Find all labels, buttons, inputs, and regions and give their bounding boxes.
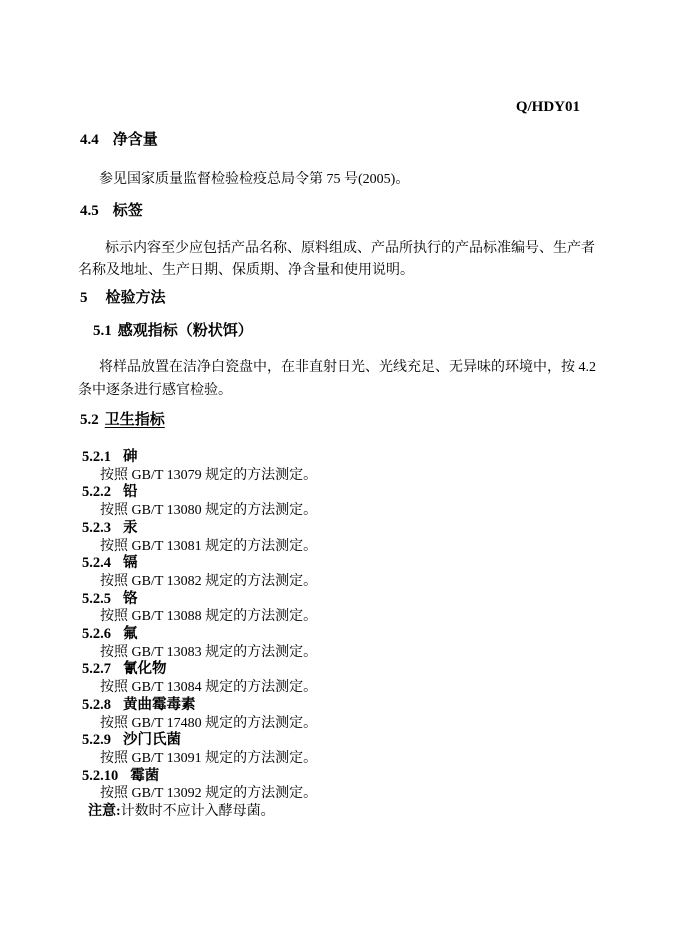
heading-4-5: 4.5标签	[80, 203, 674, 220]
heading-5-1: 5.1感观指标（粉状饵）	[93, 323, 674, 340]
method-heading: 5.2.3汞	[82, 520, 674, 538]
clause-number: 4.4	[80, 132, 99, 149]
clause-number: 5.2	[80, 412, 99, 429]
clause-title: 霉菌	[130, 768, 159, 784]
clause-number: 5.2.5	[82, 591, 111, 609]
method-heading: 5.2.8黄曲霉毒素	[82, 697, 674, 715]
clause-title: 砷	[123, 449, 138, 465]
clause-title: 氰化物	[123, 661, 167, 677]
clause-number: 4.5	[80, 203, 99, 220]
method-text: 按照 GB/T 13088 规定的方法测定。	[100, 608, 674, 626]
clause-number: 5.2.1	[82, 449, 111, 467]
method-heading: 5.2.9沙门氏菌	[82, 732, 674, 750]
heading-4-4: 4.4净含量	[80, 132, 674, 149]
heading-5: 5检验方法	[80, 290, 674, 307]
clause-number: 5.2.6	[82, 626, 111, 644]
method-text: 按照 GB/T 13092 规定的方法测定。	[100, 785, 674, 803]
method-heading: 5.2.4镉	[82, 555, 674, 573]
clause-title: 汞	[123, 520, 138, 536]
method-heading: 5.2.5铬	[82, 591, 674, 609]
method-heading: 5.2.2铅	[82, 484, 674, 502]
method-text: 按照 GB/T 13084 规定的方法测定。	[100, 679, 674, 697]
clause-title: 净含量	[113, 132, 158, 148]
method-text: 按照 GB/T 13080 规定的方法测定。	[100, 502, 674, 520]
clause-number: 5.2.8	[82, 697, 111, 715]
method-text: 按照 GB/T 13083 规定的方法测定。	[100, 644, 674, 662]
paragraph-4-4: 参见国家质量监督检验检疫总局令第 75 号(2005)。	[78, 168, 598, 191]
paragraph-4-5: 标示内容至少应包括产品名称、原料组成、产品所执行的产品标准编号、生产者名称及地址…	[78, 238, 598, 282]
clause-number: 5.2.10	[82, 768, 118, 786]
method-text: 按照 GB/T 17480 规定的方法测定。	[100, 715, 674, 733]
document-page: Q/HDY01 4.4净含量 参见国家质量监督检验检疫总局令第 75 号(200…	[0, 0, 674, 925]
clause-title: 沙门氏菌	[123, 732, 181, 748]
heading-5-2: 5.2卫生指标	[80, 412, 674, 429]
clause-title: 镉	[123, 555, 138, 571]
method-heading: 5.2.1砷	[82, 449, 674, 467]
clause-title: 卫生指标	[105, 412, 165, 428]
clause-number: 5	[80, 290, 88, 307]
method-text: 按照 GB/T 13079 规定的方法测定。	[100, 467, 674, 485]
clause-title: 铅	[123, 484, 138, 500]
method-heading: 5.2.7氰化物	[82, 661, 674, 679]
clause-title: 氟	[123, 626, 138, 642]
clause-number: 5.2.7	[82, 661, 111, 679]
clause-number: 5.2.4	[82, 555, 111, 573]
method-heading: 5.2.6氟	[82, 626, 674, 644]
note-line: 注意:计数时不应计入酵母菌。	[88, 803, 674, 821]
method-heading: 5.2.10霉菌	[82, 768, 674, 786]
method-text: 按照 GB/T 13081 规定的方法测定。	[100, 538, 674, 556]
note-label: 注意:	[88, 804, 121, 819]
paragraph-5-1: 将样品放置在洁净白瓷盘中，在非直射日光、光线充足、无异味的环境中，按 4.2 条…	[78, 356, 598, 402]
clause-number: 5.2.3	[82, 520, 111, 538]
clause-number: 5.1	[93, 323, 112, 340]
clause-title: 标签	[113, 203, 143, 219]
clause-title: 铬	[123, 591, 138, 607]
doc-code: Q/HDY01	[0, 100, 674, 114]
note-text: 计数时不应计入酵母菌。	[121, 804, 275, 819]
method-clause-list: 5.2.1砷 按照 GB/T 13079 规定的方法测定。 5.2.2铅 按照 …	[0, 449, 674, 821]
clause-title: 黄曲霉毒素	[123, 697, 196, 713]
clause-number: 5.2.9	[82, 732, 111, 750]
clause-number: 5.2.2	[82, 484, 111, 502]
clause-title: 感观指标（粉状饵）	[118, 323, 253, 339]
clause-title: 检验方法	[106, 290, 166, 306]
method-text: 按照 GB/T 13082 规定的方法测定。	[100, 573, 674, 591]
method-text: 按照 GB/T 13091 规定的方法测定。	[100, 750, 674, 768]
